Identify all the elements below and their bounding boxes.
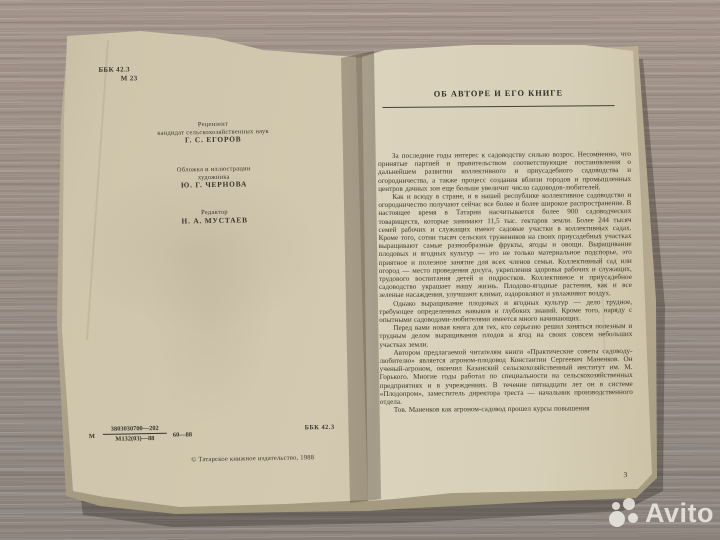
paragraph: Однако выращивание плодовых и ягодных ку… xyxy=(379,298,632,325)
paragraph: Автором предлагаемой читателям книги «Пр… xyxy=(379,347,632,406)
paragraph: Перед вами новая книга для тех, кто серь… xyxy=(379,322,632,349)
imprint-denominator: М132(03)—88 xyxy=(103,434,167,443)
avito-watermark: Avito xyxy=(608,496,714,530)
avito-dots-logo-icon xyxy=(608,496,642,530)
imprint-fraction: 3803030700—202 М132(03)—88 xyxy=(103,425,167,443)
about-author-paragraphs: За последние годы интерес к садоводству … xyxy=(378,150,633,414)
book-photo-scene: ББК 42.3 М 23 Рецензент кандидат сельско… xyxy=(0,0,720,540)
chapter-heading-block: ОБ АВТОРЕ И ЕГО КНИГЕ xyxy=(382,82,614,108)
page-number: 3 xyxy=(623,470,627,479)
paragraph: Как и всюду в стране, и в нашей республи… xyxy=(378,191,632,300)
imprint-prefix: М xyxy=(89,433,95,440)
bbk-index: М 23 xyxy=(99,74,141,83)
bbk-classification: ББК 42.3 М 23 xyxy=(98,65,140,83)
cover-artist-block: Обложка и иллюстрации художника Ю. Г. ЧЕ… xyxy=(96,164,331,192)
imprint-series: 60—88 xyxy=(173,431,192,438)
watermark-label: Avito xyxy=(645,498,714,529)
imprint-bbk: ББК 42.3 xyxy=(305,424,335,432)
paragraph: За последние годы интерес к садоводству … xyxy=(378,150,631,193)
left-page-content: ББК 42.3 М 23 Рецензент кандидат сельско… xyxy=(54,27,368,514)
paragraph: Тов. Маненков как агроном-садовод прошел… xyxy=(380,404,633,414)
editor-block: Редактор Н. А. МУСТАЕВ xyxy=(97,207,332,227)
right-page-content: ОБ АВТОРЕ И ЕГО КНИГЕ За последние годы … xyxy=(377,82,636,504)
imprint-formula: М 3803030700—202 М132(03)—88 60—88 ББК 4… xyxy=(87,422,347,453)
reviewer-block: Рецензент кандидат сельскохозяйственных … xyxy=(95,119,330,147)
chapter-heading: ОБ АВТОРЕ И ЕГО КНИГЕ xyxy=(434,89,563,99)
